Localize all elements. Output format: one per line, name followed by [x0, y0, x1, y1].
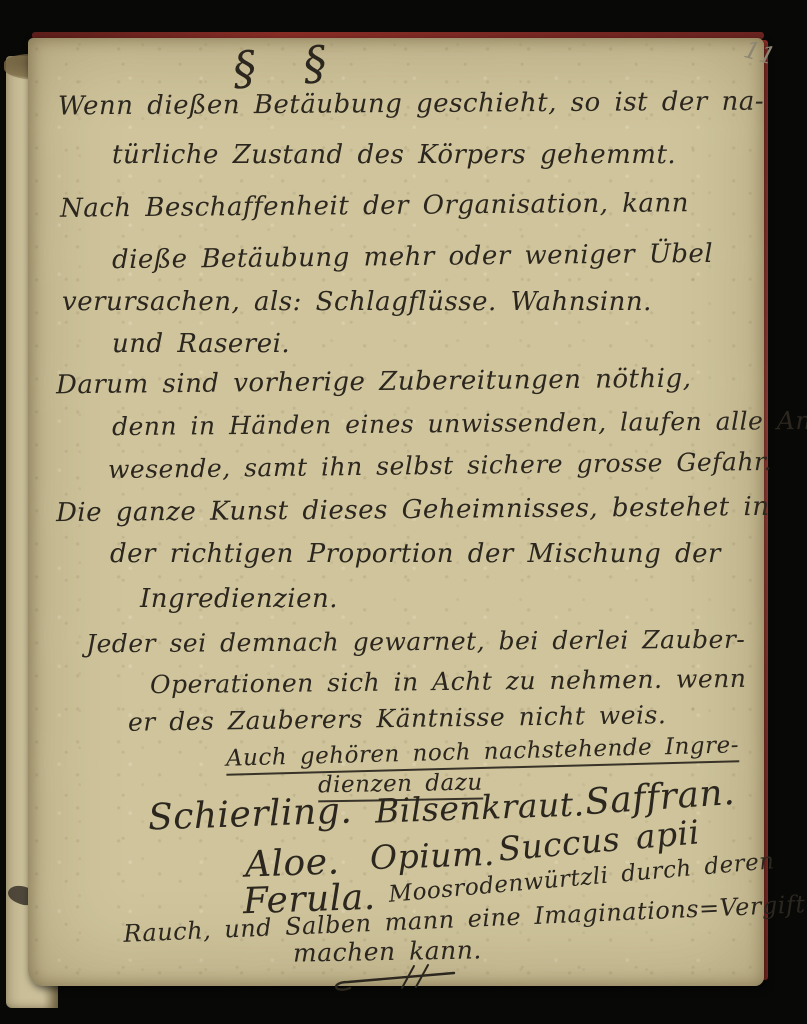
manuscript-line: der richtigen Proportion der Mischung de…: [110, 540, 721, 569]
manuscript-line: Die ganze Kunst dieses Geheimnisses, bes…: [56, 493, 770, 528]
manuscript-line-underlined: Auch gehören noch nachstehende Ingre-: [226, 733, 740, 776]
manuscript-page: § § 11 Wenn dießen Betäubung geschieht, …: [28, 38, 764, 986]
manuscript-line: Jeder sei demnach gewarnet, bei derlei Z…: [86, 626, 746, 658]
page-number: 11: [741, 36, 779, 70]
manuscript-line: er des Zauberers Käntnisse nicht weis.: [128, 701, 667, 736]
manuscript-line: Nach Beschaffenheit der Organisation, ka…: [60, 189, 689, 223]
manuscript-line: Ingredienzien.: [140, 585, 338, 614]
manuscript-line: türliche Zustand des Körpers gehemmt.: [112, 141, 676, 170]
manuscript-line: Darum sind vorherige Zubereitungen nöthi…: [56, 365, 692, 400]
manuscript-line: und Raserei.: [112, 330, 290, 359]
scanned-manuscript-photo: { "manuscript": { "page_number": "11", "…: [0, 0, 807, 1024]
manuscript-line: verursachen, als: Schlagflüsse. Wahnsinn…: [62, 288, 652, 317]
ingredient-schierling: Schierling.: [147, 791, 353, 838]
manuscript-line: denn in Händen eines unwissenden, laufen…: [112, 407, 807, 441]
closing-line: machen kann.: [293, 936, 482, 967]
manuscript-line: dieße Betäubung mehr oder weniger Übel: [112, 240, 713, 275]
end-flourish-icon: [328, 964, 468, 996]
manuscript-line: Operationen sich in Acht zu nehmen. wenn: [150, 665, 747, 699]
ingredient-opium: Opium.: [369, 836, 495, 877]
section-marks: § §: [231, 36, 342, 94]
manuscript-line: wesende, samt ihn selbst sichere grosse …: [108, 448, 772, 484]
ingredient-bilsenkraut: Bilsenkraut.: [374, 786, 585, 830]
manuscript-line: Wenn dießen Betäubung geschieht, so ist …: [58, 88, 764, 122]
